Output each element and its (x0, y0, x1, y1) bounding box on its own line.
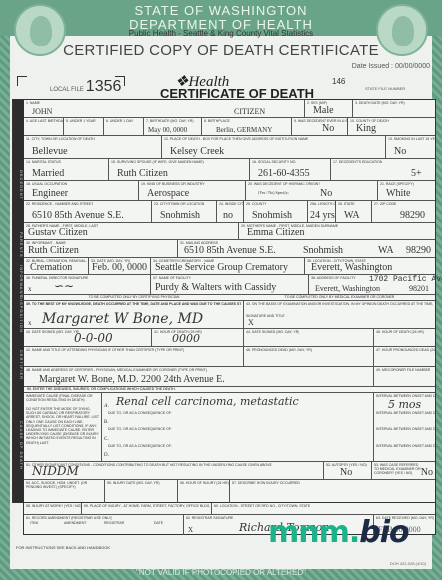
side-label-parents: PARENTS (13, 230, 24, 260)
cause-instructions: IMMEDIATE CAUSE (Final disease or condit… (24, 393, 102, 461)
field-hispanic: 20. WAS DECEDENT OF HISPANIC ORIGIN?(Yes… (246, 181, 378, 200)
field-me-date-signed: 44. DATE SIGNED (Mo. Day, Yr) (244, 329, 374, 346)
cause-lines: A. Renal cell carcinoma, metastatic DUE … (102, 393, 374, 461)
row-name: 1. NAME JOHN CITIZEN 2. SEX (M/F) Male 3… (24, 100, 435, 118)
field-physician-signature: 39. TO THE BEST OF MY KNOWLEDGE, DEATH O… (24, 301, 244, 328)
side-label-decedent: DECEDENT (13, 150, 24, 220)
field-business: 19. KIND OF BUSINESS OR INDUSTRYAerospac… (139, 181, 246, 200)
field-informant-address: 31. MAILING ADDRESS 6510 85th Avenue S.E… (178, 240, 435, 257)
field-place-of-death: 12. PLACE OF DEATH - BOX FOR PLACE THEN … (162, 136, 386, 158)
side-label-disposition: DISPOSITION (13, 296, 24, 324)
row-injury: 54. ACC, SUICIDE, HOM, UNDET. (OR PENDIN… (24, 480, 435, 504)
row-cause-lines: IMMEDIATE CAUSE (Final disease or condit… (24, 393, 435, 462)
field-spouse: 15. SURVIVING SPOUSE (If wife, give maid… (109, 159, 250, 180)
field-funeral-director: 36. FUNERAL DIRECTOR SIGNATUREx∽∼ (24, 275, 151, 294)
field-res-state: 26. STATEWA (336, 201, 372, 222)
instructions-note: FOR INSTRUCTIONS SEE BACK AND HANDBOOK (16, 545, 110, 550)
last-name: CITIZEN (234, 107, 265, 116)
row-facility: 36. FUNERAL DIRECTOR SIGNATUREx∽∼ 37. NA… (24, 275, 435, 295)
field-smoking: 13. SMOKING IN LAST 15 YEARS? (Yes / No)… (386, 136, 435, 158)
row-occupation: 18. USUAL OCCUPATIONEngineer 19. KIND OF… (24, 181, 435, 201)
field-record-amendment: 61. RECORD AMENDMENT (Registrar use only… (24, 515, 184, 535)
field-injury-place: 59. PLACE OF INJURY - AT HOME, FARM, STR… (82, 503, 212, 515)
field-under-1-year: 5. UNDER 1 YEAR (64, 118, 104, 135)
subtitle: Public Health - Seattle & King County Vi… (0, 29, 442, 38)
field-pronounced-hour: 47. HOUR PRONOUNCED DEAD (24 Hr) (374, 347, 435, 366)
field-name: 1. NAME JOHN CITIZEN (24, 100, 305, 117)
field-hour-of-death: 41. HOUR OF DEATH (24 Hr)0000 (152, 329, 244, 346)
field-injury-date: 55. INJURY DATE (Mo. Day, Yr) (105, 480, 178, 504)
field-ssn: 16. SOCIAL SECURITY NO.261-60-4355 (250, 159, 331, 180)
field-pronounced-dead: 46. PRONOUNCED DEAD (Mo. Day, Yr) (244, 347, 374, 366)
field-cemetery: 34. CEMETERY/CREMATORY - NAMESeattle Ser… (151, 258, 305, 274)
row-informant: 30. INFORMANT - NAMERuth Citizen 31. MAI… (24, 240, 435, 258)
field-injury-at-work: 58. INJURY AT WORK? (Yes / No) (24, 503, 82, 515)
field-birthplace: 8. BIRTHPLACEBerlin, GERMANY (202, 118, 292, 135)
cause-intervals: INTERVAL BETWEEN ONSET AND DEATH 5 mos I… (374, 393, 435, 461)
physician-signature: Margaret W Bone, MD (42, 311, 203, 327)
field-father: 28. FATHER'S NAME - FIRST, MIDDLE, LASTG… (24, 223, 239, 239)
row-parents: 28. FATHER'S NAME - FIRST, MIDDLE, LASTG… (24, 223, 435, 240)
death-certificate-form: DECEDENT PARENTS INFORMANT DISPOSITION C… (12, 99, 436, 503)
corner-mark (17, 76, 27, 86)
field-injury-description: 57. DESCRIBE HOW INJURY OCCURRED (230, 480, 435, 504)
state-file-label: STATE FILE NUMBER (365, 86, 405, 91)
interval-a: 5 mos (388, 398, 421, 411)
field-certifier-name: 48. NAME AND ADDRESS OF CERTIFIER - PHYS… (24, 367, 374, 386)
date-issued: Date Issued : 00/00/0000 (352, 63, 430, 70)
field-manner: 54. ACC, SUICIDE, HOM, UNDET. (OR PENDIN… (24, 480, 105, 504)
row-other-conditions: 51. OTHER SIGNIFICANT CONDITIONS - CONDI… (24, 462, 435, 480)
page-title: CERTIFIED COPY OF DEATH CERTIFICATE (0, 42, 442, 59)
field-injury-hour: 56. HOUR OF INJURY (24 Hr) (178, 480, 230, 504)
field-length: 25a. LENGTH OF TIME IN COUNTY24 yrs (308, 201, 336, 222)
field-me-file-number: 49. ME/CORONER FILE NUMBER (374, 367, 435, 386)
field-armed-forces: 9. WAS DECEDENT EVER IN U.S. ARMED FORCE… (292, 118, 348, 135)
watermark-logo: mnm.bio (268, 515, 409, 550)
field-facility-address: 38. ADDRESS OF FACILITY 1702 Pacific Ave… (309, 275, 435, 294)
local-file-number: LOCAL FILE1356 (50, 78, 121, 96)
field-death-date: 3. DEATH DATE (Mo. Day, Yr) (353, 100, 435, 117)
field-injury-location: 60. LOCATION - STREET OR RFD NO., CITY/T… (212, 503, 435, 515)
row-disposition: 32. BURIAL, CREMATION, REMOVAL, OTHER (S… (24, 258, 435, 275)
row-certifier-dates: 40. DATE SIGNED (Mo. Day, Yr)0-0-00 41. … (24, 329, 435, 347)
row-residence: 22. RESIDENCE - NUMBER AND STREET6510 85… (24, 201, 435, 223)
field-occupation: 18. USUAL OCCUPATIONEngineer (24, 181, 139, 200)
validity-notice: "NOT VALID IF PHOTOCOPIED OR ALTERED" (0, 568, 442, 577)
field-res-city: 23. CITY/TOWN OR LOCATIONSnohmish (152, 201, 217, 222)
field-disposition-date: 33. DATE (Mo. Day, Yr)Feb. 00, 0000 (89, 258, 151, 274)
field-informant: 30. INFORMANT - NAMERuth Citizen (24, 240, 178, 257)
field-referred: 53. WAS CASE REFERRED TO MEDICAL EXAMINE… (372, 462, 435, 479)
side-label-cause: CAUSE OF DEATH (13, 400, 24, 490)
row-attending: 42. NAME AND TITLE OF ATTENDING PHYSICIA… (24, 347, 435, 367)
field-date-signed: 40. DATE SIGNED (Mo. Day, Yr)0-0-00 (24, 329, 152, 346)
field-disposition-location: 35. LOCATION - CITY/TOWN, STATEEverett, … (305, 258, 435, 274)
row-age: 4. AGE LAST BIRTHDAY 5. UNDER 1 YEAR 6. … (24, 118, 435, 136)
side-label-informant: INFORMANT (13, 265, 24, 293)
field-county: 10. COUNTY OF DEATHKing (348, 118, 435, 135)
row-marital: 14. MARITAL STATUSMarried 15. SURVIVING … (24, 159, 435, 181)
field-sex: 2. SEX (M/F) Male (305, 100, 353, 117)
section-sidebar: DECEDENT PARENTS INFORMANT DISPOSITION C… (13, 100, 24, 502)
field-other-conditions: 51. OTHER SIGNIFICANT CONDITIONS - CONDI… (24, 462, 324, 479)
field-inside-limits: 24. INSIDE CITY LIMITSno (217, 201, 244, 222)
field-marital: 14. MARITAL STATUSMarried (24, 159, 109, 180)
row-certifier-name: 48. NAME AND ADDRESS OF CERTIFIER - PHYS… (24, 367, 435, 387)
field-res-county: 25. COUNTYSnohmish (244, 201, 308, 222)
field-residence: 22. RESIDENCE - NUMBER AND STREET6510 85… (24, 201, 152, 222)
field-disposition-method: 32. BURIAL, CREMATION, REMOVAL, OTHER (S… (24, 258, 89, 274)
first-name: JOHN (32, 107, 52, 116)
field-city: 11. CITY, TOWN OR LOCATION OF DEATHBelle… (24, 136, 162, 158)
state-name: STATE OF WASHINGTON (0, 3, 442, 18)
row-certifier-signature: 39. TO THE BEST OF MY KNOWLEDGE, DEATH O… (24, 301, 435, 329)
field-birthdate: 7. BIRTHDATE (Mo. Day, Yr)May 00, 0000 (144, 118, 202, 135)
field-age: 4. AGE LAST BIRTHDAY (24, 118, 64, 135)
field-autopsy: 52. AUTOPSY (Yes / No)No (324, 462, 372, 479)
field-attending-physician: 42. NAME AND TITLE OF ATTENDING PHYSICIA… (24, 347, 244, 366)
field-education: 17. DECEDENT'S EDUCATION5+ (331, 159, 435, 180)
field-examiner-signature: 43. ON THE BASIS OF EXAMINATION AND/OR I… (244, 301, 435, 328)
state-file-number: 146 (332, 77, 345, 86)
form-number: DOH 422-028 (4/10) (390, 561, 426, 566)
row-place: 11. CITY, TOWN OR LOCATION OF DEATHBelle… (24, 136, 435, 159)
side-label-certifier: CERTIFIER (13, 335, 24, 395)
field-mother: 29. MOTHER'S NAME - FIRST, MIDDLE, MAIDE… (239, 223, 435, 239)
field-under-1-day: 6. UNDER 1 DAY (104, 118, 144, 135)
field-res-zip: 27. ZIP CODE98290 (372, 201, 435, 222)
field-facility: 37. NAME OF FACILITYPurdy & Walters with… (151, 275, 309, 294)
cause-line-a: Renal cell carcinoma, metastatic (116, 395, 299, 408)
field-me-hour: 45. HOUR OF DEATH (24 Hr) (374, 329, 435, 346)
field-race: 21. RACE (Specify)White (378, 181, 435, 200)
